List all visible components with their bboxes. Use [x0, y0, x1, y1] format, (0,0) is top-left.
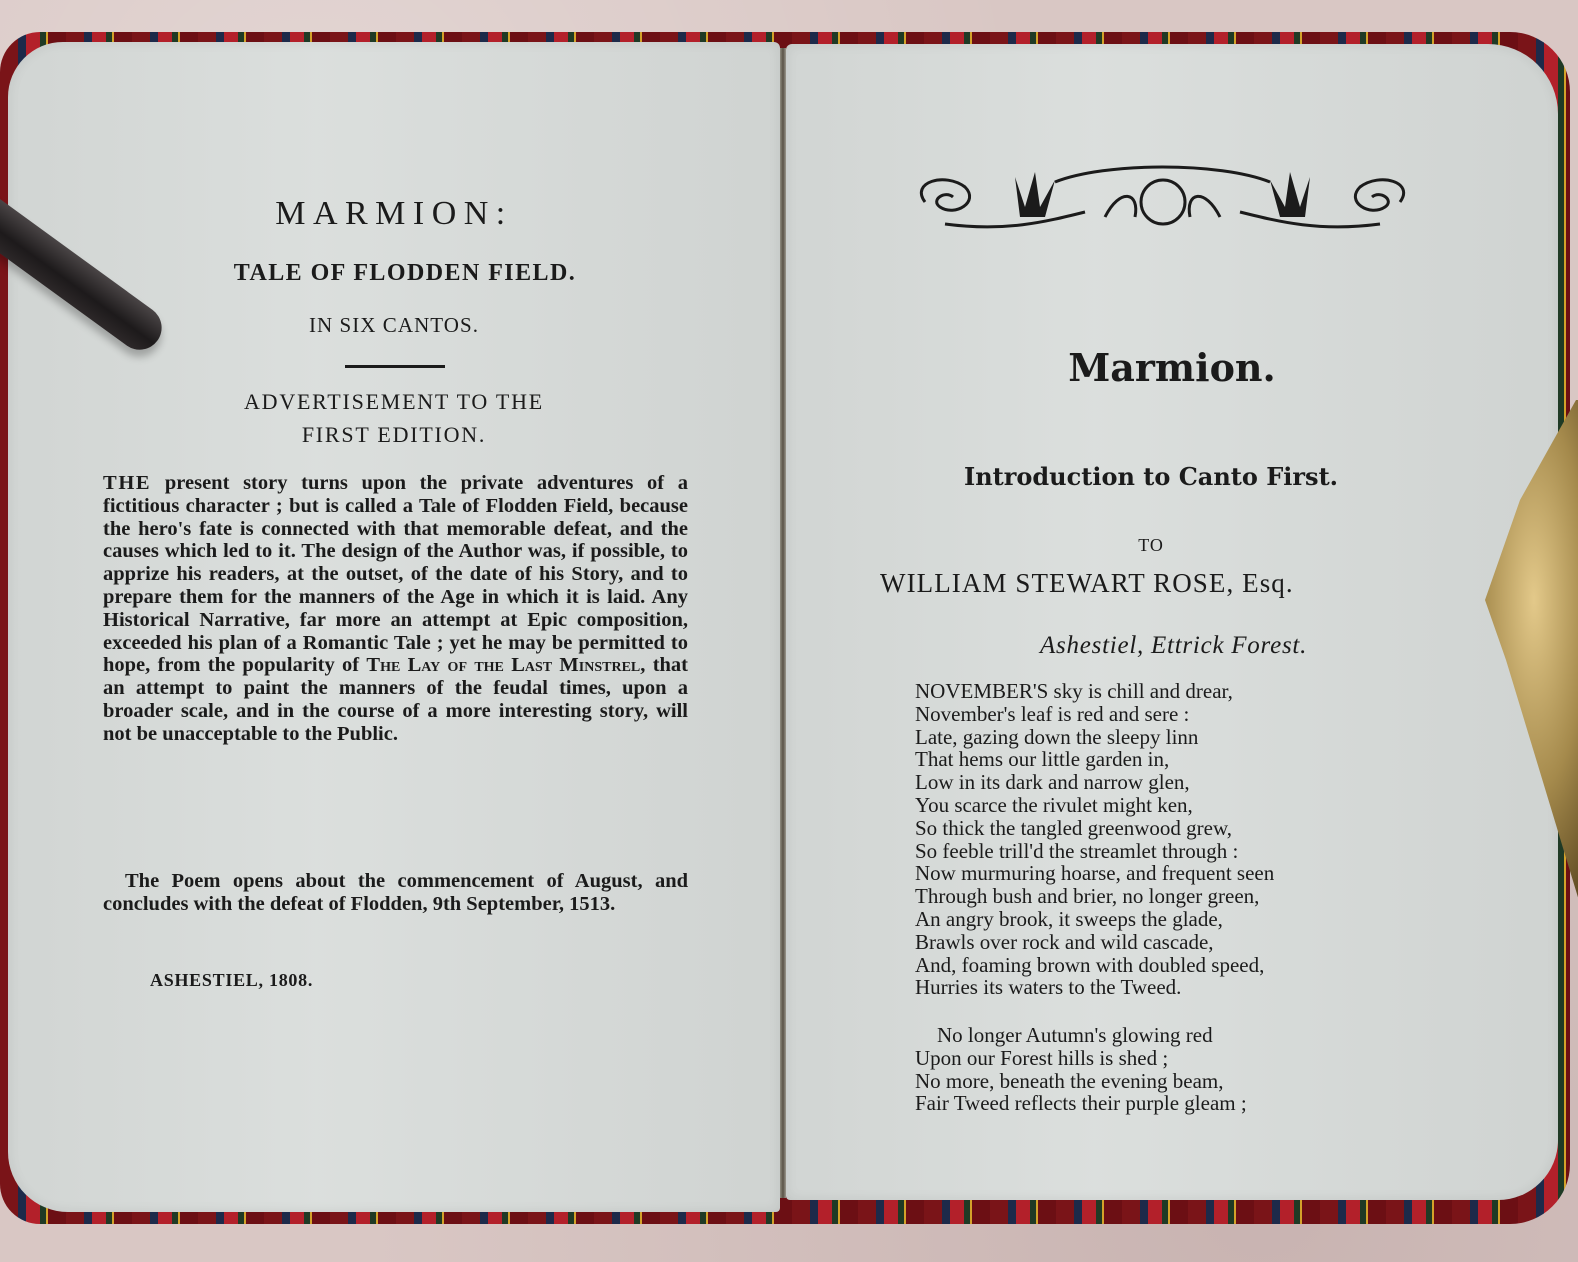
- poem-line: And, foaming brown with doubled speed,: [915, 954, 1274, 977]
- poem-line: Through bush and brier, no longer green,: [915, 885, 1274, 908]
- poem-line: NOVEMBER'S sky is chill and drear,: [915, 680, 1274, 703]
- advertisement-heading-line1: ADVERTISEMENT TO THE: [8, 385, 780, 418]
- title-rule-divider: [345, 365, 445, 368]
- poem-line: That hems our little garden in,: [915, 748, 1274, 771]
- poem-line: Low in its dark and narrow glen,: [915, 771, 1274, 794]
- paragraph-text-a: present story turns upon the private adv…: [103, 472, 688, 676]
- poem-line: An angry brook, it sweeps the glade,: [915, 908, 1274, 931]
- dedication-to: TO: [786, 535, 1516, 556]
- poem-line: So feeble trill'd the streamlet through …: [915, 840, 1274, 863]
- poem-line: Late, gazing down the sleepy linn: [915, 726, 1274, 749]
- canto-introduction-heading: Introduction to Canto First.: [786, 462, 1516, 491]
- right-page-title: Marmion.: [786, 345, 1558, 390]
- poem-line: Fair Tweed reflects their purple gleam ;: [915, 1092, 1247, 1115]
- left-page-subtitle: TALE OF FLODDEN FIELD.: [190, 260, 620, 287]
- paragraph-lead-word: THE: [103, 472, 151, 494]
- signature-place-date: ASHESTIEL, 1808.: [150, 970, 313, 991]
- poem-line: No more, beneath the evening beam,: [915, 1070, 1247, 1093]
- left-page-title: MARMION:: [8, 195, 780, 233]
- book-gutter: [780, 48, 786, 1198]
- advertisement-paragraph-1: THE present story turns upon the private…: [103, 472, 688, 746]
- advertisement-heading: ADVERTISEMENT TO THE FIRST EDITION.: [8, 385, 780, 451]
- poem-line: Brawls over rock and wild cascade,: [915, 931, 1274, 954]
- poem-line: So thick the tangled greenwood grew,: [915, 817, 1274, 840]
- poem-line: No longer Autumn's glowing red: [915, 1024, 1247, 1047]
- dedicatee-name: WILLIAM STEWART ROSE, Esq.: [880, 568, 1440, 599]
- advertisement-paragraph-2: The Poem opens about the commencement of…: [103, 870, 688, 916]
- poem-line: You scarce the rivulet might ken,: [915, 794, 1274, 817]
- poem-line: Now murmuring hoarse, and frequent seen: [915, 862, 1274, 885]
- poem-stanza-1: NOVEMBER'S sky is chill and drear, Novem…: [915, 680, 1274, 999]
- poem-stanza-2: No longer Autumn's glowing red Upon our …: [915, 1024, 1247, 1115]
- poem-line: November's leaf is red and sere :: [915, 703, 1274, 726]
- decorative-headpiece-icon: [905, 162, 1420, 242]
- lay-of-last-minstrel-reference: The Lay of the Last Minstrel: [366, 654, 640, 676]
- advertisement-heading-line2: FIRST EDITION.: [8, 418, 780, 451]
- dedication-place: Ashestiel, Ettrick Forest.: [1040, 632, 1307, 660]
- poem-line: Hurries its waters to the Tweed.: [915, 976, 1274, 999]
- poem-line: Upon our Forest hills is shed ;: [915, 1047, 1247, 1070]
